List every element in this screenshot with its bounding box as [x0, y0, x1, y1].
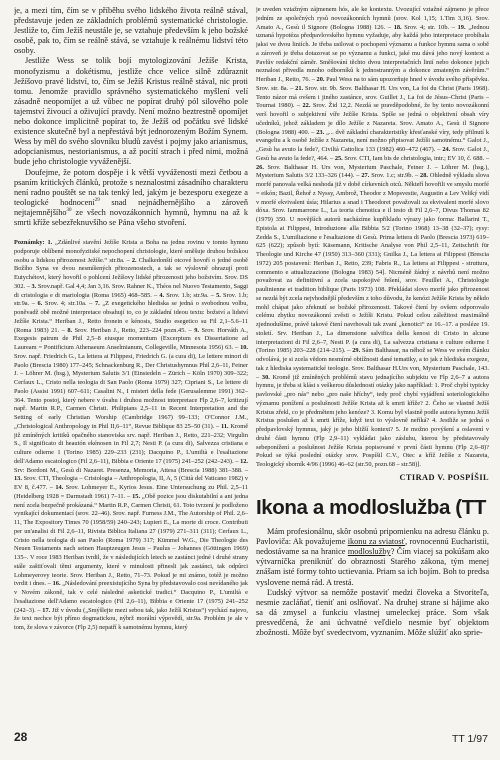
paragraph: Mám profesionálnu, skôr osobnú pripomien…: [256, 527, 489, 588]
author-signature: CTIRAD V. POSPÍŠIL: [256, 473, 489, 482]
journal-issue-label: TT 1/97: [452, 733, 488, 745]
next-article: Ikona a modloslužba (TT 3/96) Mám profes…: [256, 496, 489, 639]
paragraph: Doufejme, že potom dospěje i k větší vyv…: [14, 168, 248, 229]
right-column: je uveden vztažným zájmenem hós, ale ke …: [256, 6, 489, 720]
paragraph: Ľudský výtvor sa nemôže postaviť medzi č…: [256, 588, 489, 639]
left-body-text: je, a mezi tím, čím se v příběhu svého l…: [14, 6, 248, 228]
footnotes-block: Poznámky: 1. „Zdánlivé stavění Ježíše Kr…: [14, 239, 248, 633]
article-title: Ikona a modloslužba (TT 3/96): [256, 496, 489, 520]
footnotes-continuation: je uveden vztažným zájmenem hós, ale ke …: [256, 6, 489, 470]
underlined-phrase: ikonu za sviatosť: [348, 537, 405, 546]
footnotes-text-right: je uveden vztažným zájmenem hós, ale ke …: [256, 6, 489, 468]
paragraph: je, a mezi tím, čím se v příběhu svého l…: [14, 6, 248, 56]
footnotes-label: Poznámky:: [14, 239, 47, 246]
paragraph: Jestliže Wess se tolik bojí mytologizová…: [14, 56, 248, 167]
page-number: 28: [14, 730, 27, 744]
scanned-journal-page: je, a mezi tím, čím se v příběhu svého l…: [0, 0, 500, 760]
underlined-phrase: modloslužby: [348, 547, 391, 556]
footnotes-text-left: 1. „Zdánlivé stavění Ježíše Krista a Boh…: [14, 239, 248, 631]
left-column: je, a mezi tím, čím se v příběhu svého l…: [14, 6, 248, 718]
